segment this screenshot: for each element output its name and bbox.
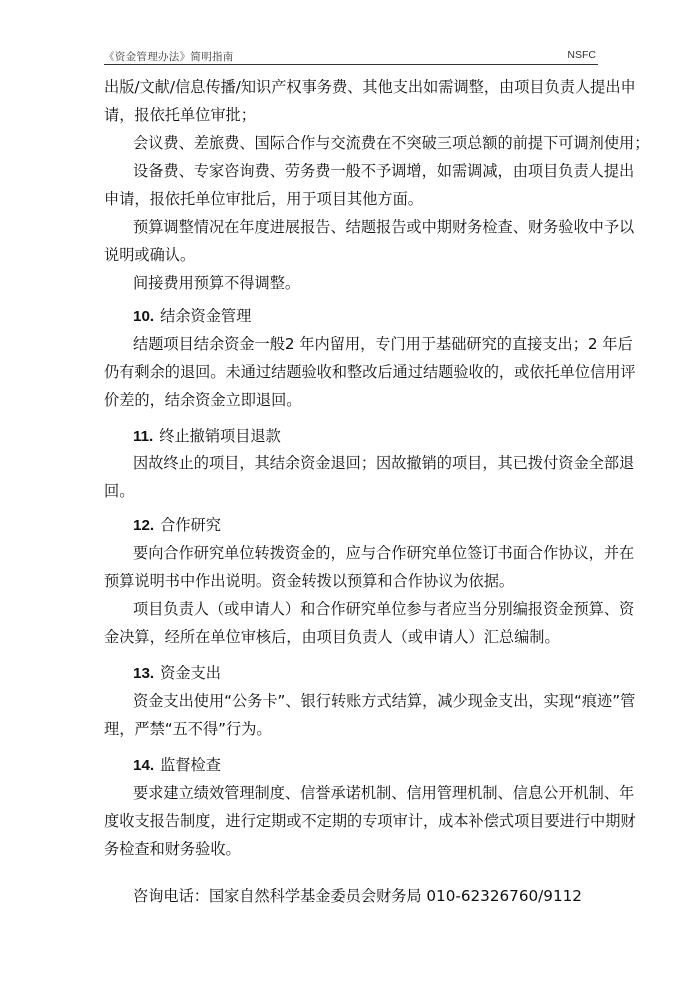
section-heading-10: 10.结余资金管理	[133, 305, 251, 328]
paragraph-line: 金决算，经所在单位审核后，由项目负责人（或申请人）汇总编制。	[104, 626, 598, 648]
section-heading-12: 12.合作研究	[133, 514, 221, 537]
section-title: 资金支出	[160, 664, 221, 682]
section-number: 12.	[133, 517, 154, 534]
section-heading-13: 13.资金支出	[133, 662, 221, 685]
section-heading-14: 14.监督检查	[133, 754, 221, 777]
paragraph-line: 设备费、专家咨询费、劳务费一般不予调增，如需调减，由项目负责人提出	[133, 160, 598, 182]
section-title: 合作研究	[160, 516, 221, 534]
paragraph-line: 申请，报依托单位审批后，用于项目其他方面。	[104, 188, 598, 210]
paragraph-line: 请，报依托单位审批；	[104, 104, 598, 126]
contact-phone: 咨询电话：国家自然科学基金委员会财务局 010-62326760/9112	[133, 885, 582, 907]
section-heading-11: 11.终止撤销项目退款	[133, 425, 281, 448]
paragraph-line: 务检查和财务验收。	[104, 838, 598, 860]
paragraph-line: 回。	[104, 480, 598, 502]
paragraph-line: 因故终止的项目，其结余资金退回；因故撤销的项目，其已拨付资金全部退	[133, 452, 598, 474]
paragraph-line: 间接费用预算不得调整。	[133, 272, 598, 294]
paragraph-line: 结题项目结余资金一般2 年内留用，专门用于基础研究的直接支出；2 年后	[133, 333, 598, 355]
paragraph-line: 仍有剩余的退回。未通过结题验收和整改后通过结题验收的，或依托单位信用评	[104, 361, 598, 383]
section-title: 结余资金管理	[160, 307, 251, 325]
paragraph-line: 价差的，结余资金立即退回。	[104, 389, 598, 411]
section-number: 10.	[133, 308, 154, 325]
paragraph-line: 预算说明书中作出说明。资金转拨以预算和合作协议为依据。	[104, 570, 598, 592]
paragraph-line: 资金支出使用“公务卡”、银行转账方式结算，减少现金支出，实现“痕迹”管	[133, 690, 598, 712]
paragraph-line: 要求建立绩效管理制度、信誉承诺机制、信用管理机制、信息公开机制、年	[133, 782, 598, 804]
organization-label: NSFC	[567, 49, 596, 61]
section-title: 监督检查	[160, 756, 221, 774]
paragraph-line: 说明或确认。	[104, 244, 598, 266]
paragraph-line: 度收支报告制度，进行定期或不定期的专项审计，成本补偿式项目要进行中期财	[104, 810, 598, 832]
paragraph-line: 项目负责人（或申请人）和合作研究单位参与者应当分别编报资金预算、资	[133, 598, 598, 620]
paragraph-line: 出版/文献/信息传播/知识产权事务费、其他支出如需调整，由项目负责人提出申	[104, 76, 598, 98]
section-number: 14.	[133, 757, 154, 774]
paragraph-line: 理，严禁“五不得”行为。	[104, 718, 598, 740]
section-number: 13.	[133, 665, 154, 682]
section-title: 终止撤销项目退款	[159, 427, 281, 445]
paragraph-line: 要向合作研究单位转拨资金的，应与合作研究单位签订书面合作协议，并在	[133, 542, 598, 564]
page-header: 《资金管理办法》简明指南 NSFC	[104, 50, 598, 65]
paragraph-line: 预算调整情况在年度进展报告、结题报告或中期财务检查、财务验收中予以	[133, 216, 598, 238]
document-title: 《资金管理办法》简明指南	[104, 49, 234, 64]
paragraph-line: 会议费、差旅费、国际合作与交流费在不突破三项总额的前提下可调剂使用；	[133, 132, 598, 154]
section-number: 11.	[133, 428, 153, 445]
